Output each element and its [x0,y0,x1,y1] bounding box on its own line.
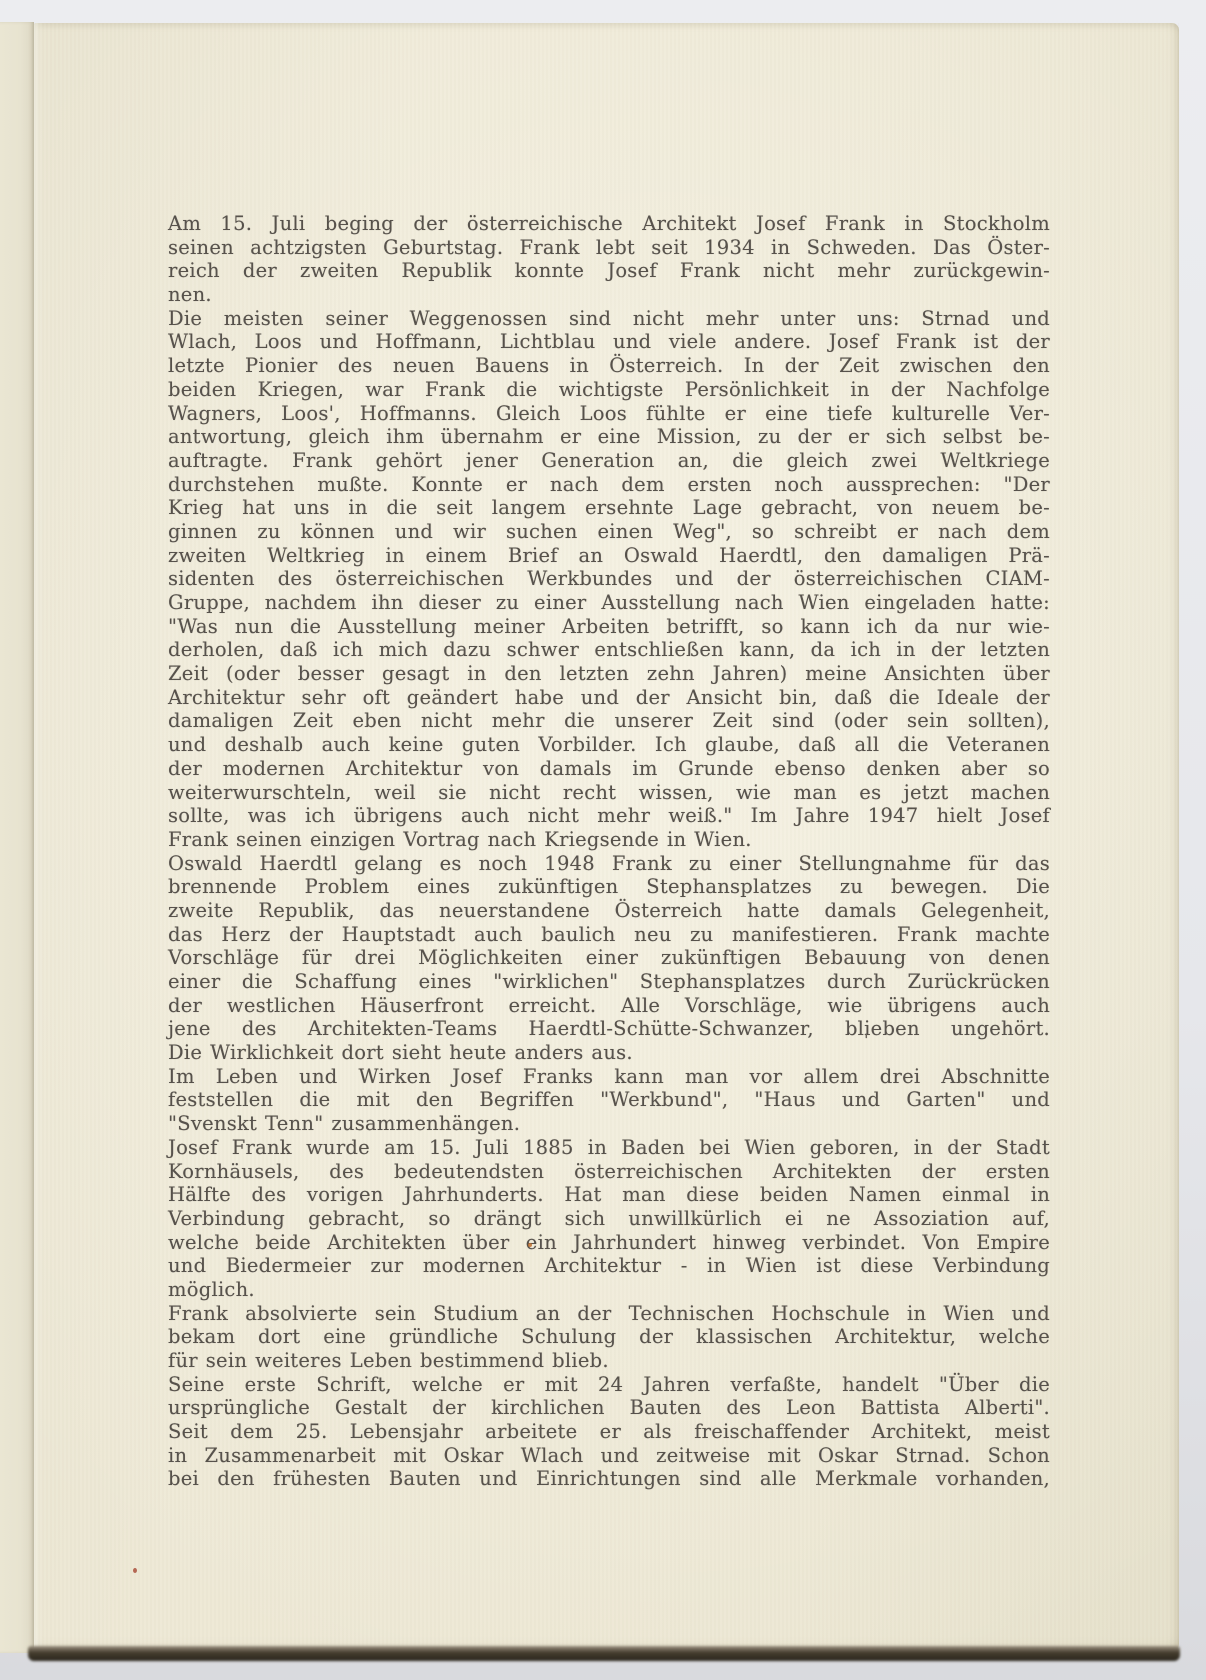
text-line: Die Wirklichkeit dort sieht heute anders… [168,1041,1050,1065]
text-line: Kornhäusels, des bedeutendsten österreic… [168,1160,1050,1184]
text-line: nen. [168,283,1050,307]
text-line: und Biedermeier zur modernen Architektur… [168,1254,1050,1278]
page-text: Am 15. Juli beging der österreichische A… [168,212,1050,1491]
text-line: bekam dort eine gründliche Schulung der … [168,1325,1050,1349]
text-line: der modernen Architektur von damals im G… [168,757,1050,781]
text-line: Frank seinen einzigen Vortrag nach Krieg… [168,828,1050,852]
text-line: letzte Pionier des neuen Bauens in Öster… [168,354,1050,378]
text-line: Seit dem 25. Lebensjahr arbeitete er als… [168,1420,1050,1444]
text-line: möglich. [168,1278,1050,1302]
text-line: feststellen die mit den Begriffen "Werkb… [168,1088,1050,1112]
text-line: Verbindung gebracht, so drängt sich unwi… [168,1207,1050,1231]
text-line: Wlach, Loos und Hoffmann, Lichtblau und … [168,330,1050,354]
text-line: Seine erste Schrift, welche er mit 24 Ja… [168,1373,1050,1397]
text-line: beiden Kriegen, war Frank die wichtigste… [168,378,1050,402]
text-line: Krieg hat uns in die seit langem ersehnt… [168,496,1050,520]
text-line: seinen achtzigsten Geburtstag. Frank leb… [168,236,1050,260]
text-line: bei den frühesten Bauten und Einrichtung… [168,1467,1050,1491]
text-line: "Was nun die Ausstellung meiner Arbeiten… [168,615,1050,639]
text-line: brennende Problem eines zukünftigen Step… [168,875,1050,899]
scanned-document: Am 15. Juli beging der österreichische A… [0,0,1206,1680]
text-line: Gruppe, nachdem ihn dieser zu einer Auss… [168,591,1050,615]
text-line: einer die Schaffung eines "wirklichen" S… [168,970,1050,994]
paper-speck [528,1243,532,1247]
book-edge-shadow [28,1646,1180,1661]
text-line: Hälfte des vorigen Jahrhunderts. Hat man… [168,1183,1050,1207]
text-line: Wagners, Loos', Hoffmanns. Gleich Loos f… [168,402,1050,426]
text-line: weiterwurschteln, weil sie nicht recht w… [168,781,1050,805]
text-line: ginnen zu können und wir suchen einen We… [168,520,1050,544]
text-line: Die meisten seiner Weggenossen sind nich… [168,307,1050,331]
text-line: ursprüngliche Gestalt der kirchlichen Ba… [168,1396,1050,1420]
text-line: für sein weiteres Leben bestimmend blieb… [168,1349,1050,1373]
text-line: Zeit (oder besser gesagt in den letzten … [168,662,1050,686]
paper-speck [133,1568,137,1573]
text-line: Am 15. Juli beging der österreichische A… [168,212,1050,236]
text-line: zweite Republik, das neuerstandene Öster… [168,899,1050,923]
text-line: und deshalb auch keine guten Vorbilder. … [168,733,1050,757]
text-line: reich der zweiten Republik konnte Josef … [168,259,1050,283]
text-line: durchstehen mußte. Konnte er nach dem er… [168,473,1050,497]
text-line: welche beide Architekten über ein Jahrhu… [168,1231,1050,1255]
text-line: der westlichen Häuserfront erreicht. All… [168,994,1050,1018]
text-line: damaligen Zeit eben nicht mehr die unser… [168,709,1050,733]
text-line: Architektur sehr oft geändert habe und d… [168,686,1050,710]
text-line: jene des Architekten-Teams Haerdtl-Schüt… [168,1017,1050,1041]
text-line: Oswald Haerdtl gelang es noch 1948 Frank… [168,852,1050,876]
text-line: in Zusammenarbeit mit Oskar Wlach und ze… [168,1444,1050,1468]
text-line: "Svenskt Tenn" zusammenhängen. [168,1112,1050,1136]
text-line: das Herz der Hauptstadt auch baulich neu… [168,923,1050,947]
text-line: derholen, daß ich mich dazu schwer entsc… [168,638,1050,662]
ink-stray-mark: ' [864,1031,869,1051]
text-line: Josef Frank wurde am 15. Juli 1885 in Ba… [168,1136,1050,1160]
text-line: Vorschläge für drei Möglichkeiten einer … [168,946,1050,970]
text-line: Im Leben und Wirken Josef Franks kann ma… [168,1065,1050,1089]
text-line: auftragte. Frank gehört jener Generation… [168,449,1050,473]
previous-page-edge [0,22,34,1653]
text-line: zweiten Weltkrieg in einem Brief an Oswa… [168,544,1050,568]
text-line: sollte, was ich übrigens auch nicht mehr… [168,804,1050,828]
document-page: Am 15. Juli beging der österreichische A… [34,23,1179,1653]
text-line: sidenten des österreichischen Werkbundes… [168,567,1050,591]
text-line: Frank absolvierte sein Studium an der Te… [168,1302,1050,1326]
text-line: antwortung, gleich ihm übernahm er eine … [168,425,1050,449]
